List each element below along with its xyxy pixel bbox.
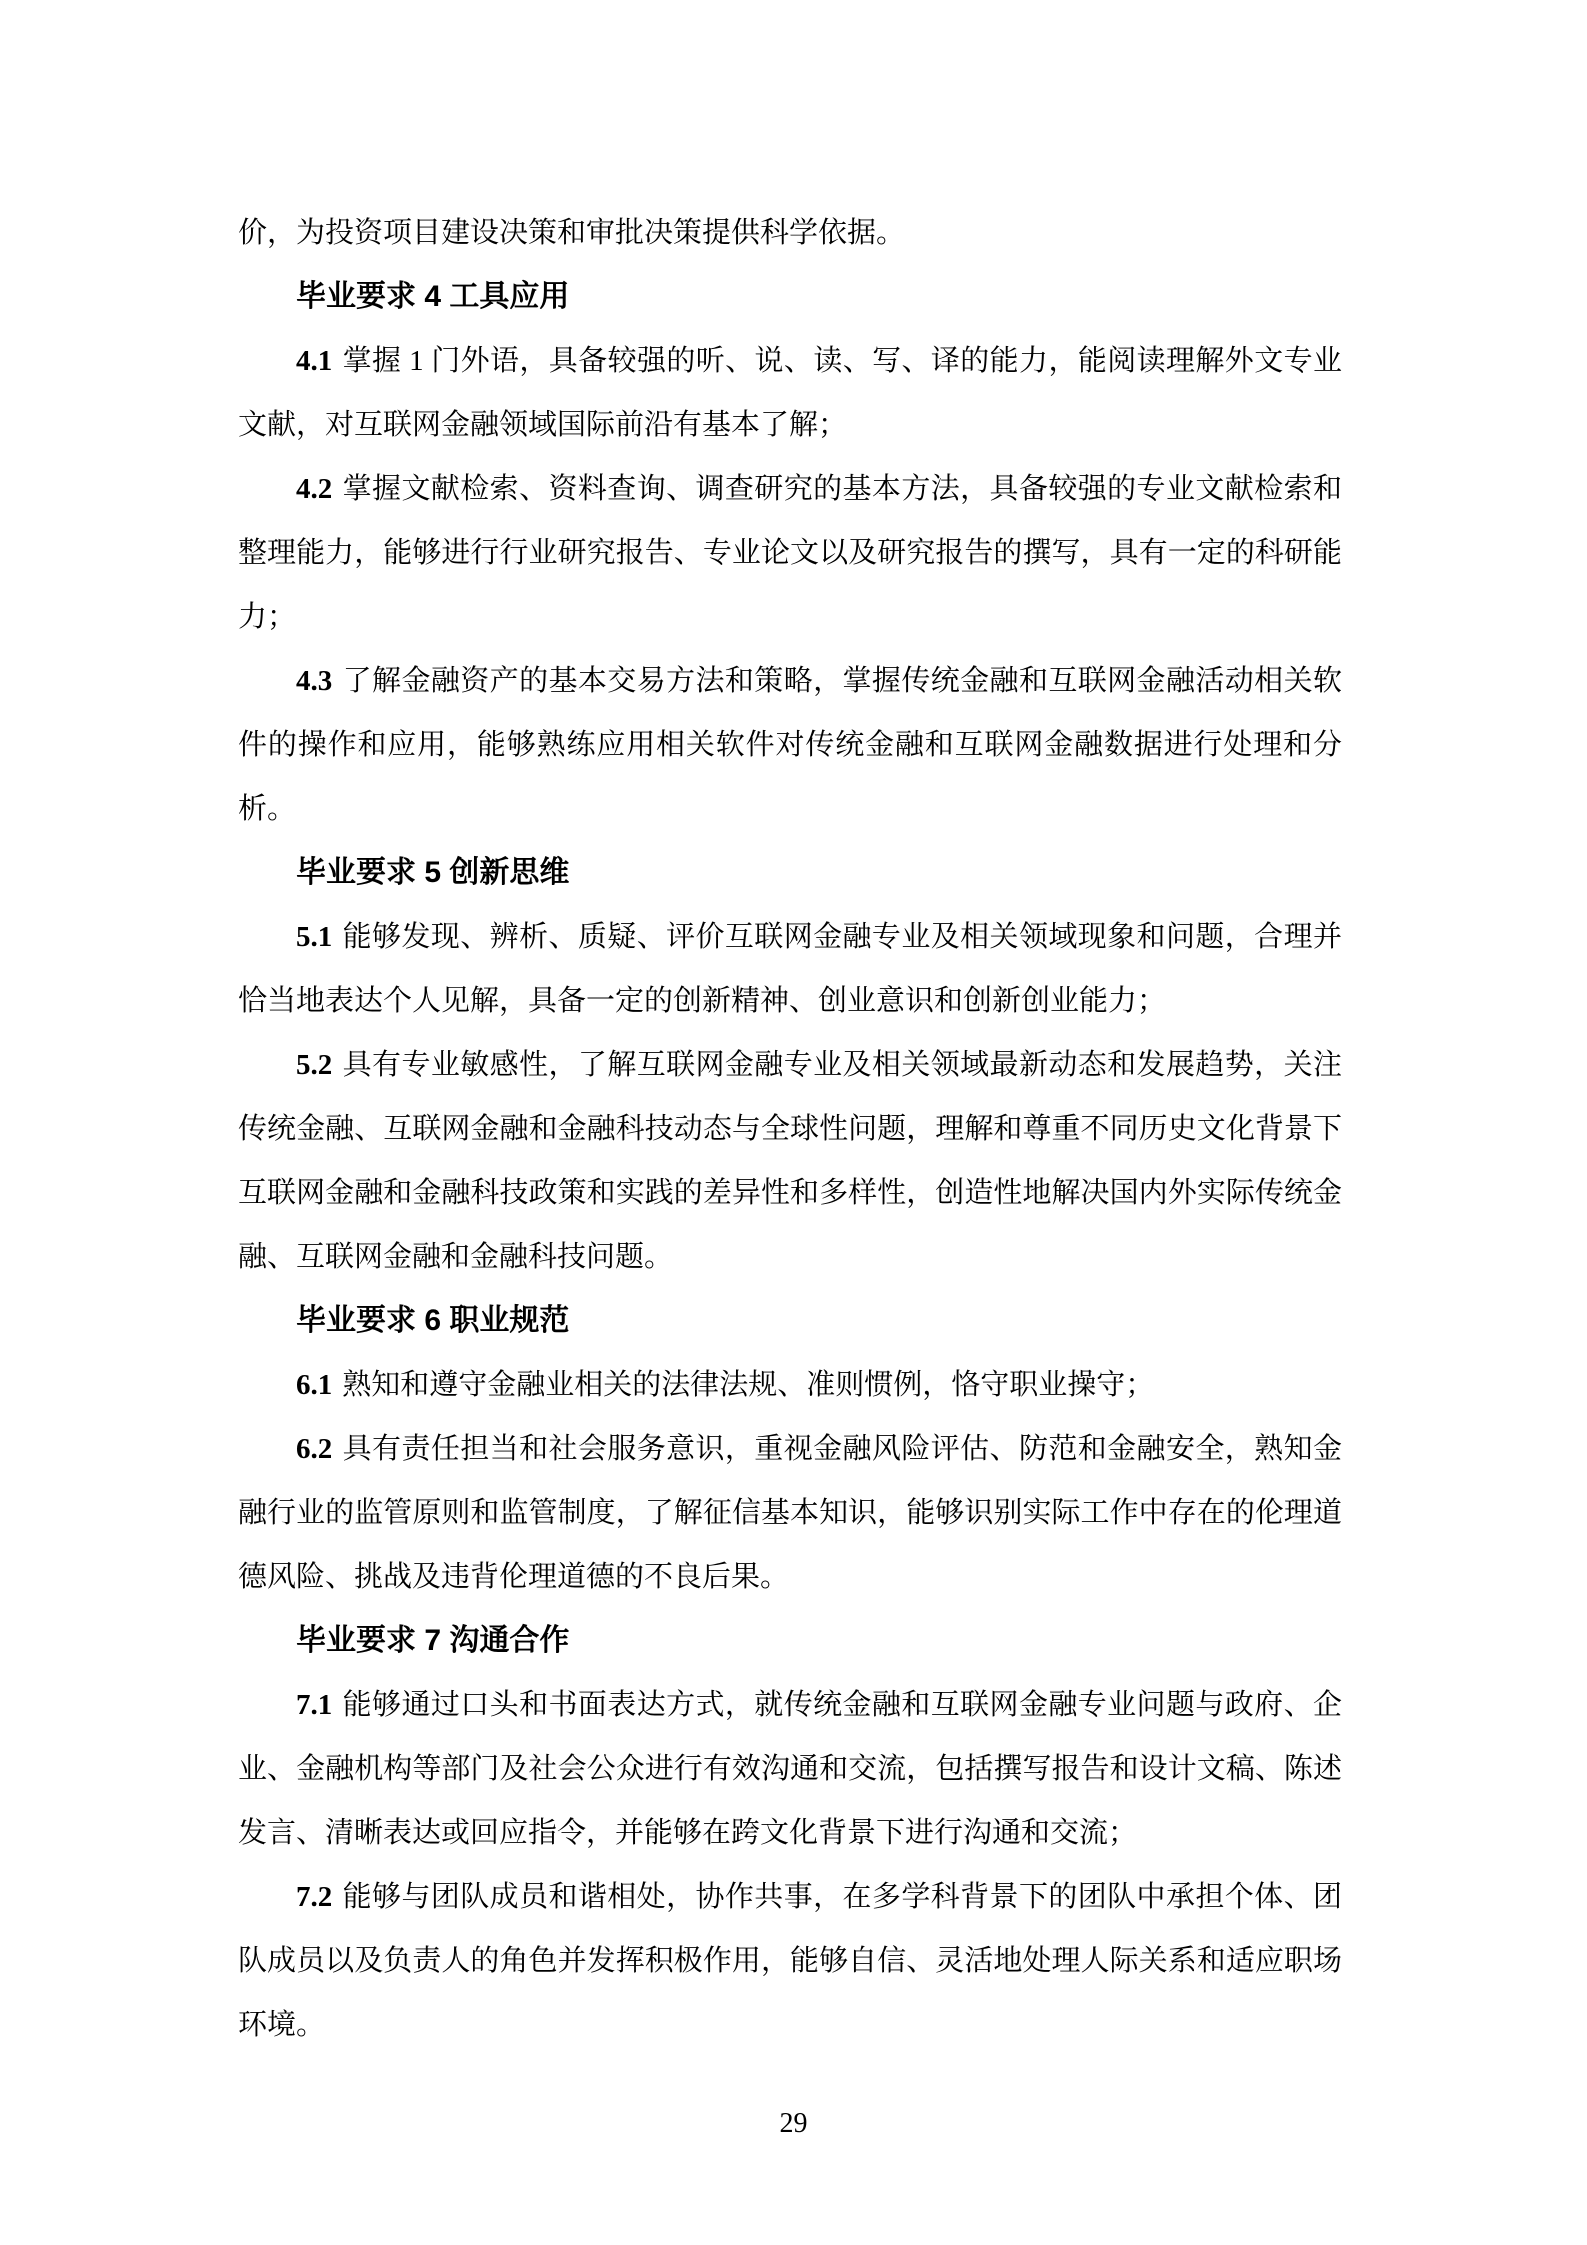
section-heading-4: 毕业要求 4 工具应用 [238,265,1342,329]
section-heading-6: 毕业要求 6 职业规范 [238,1289,1342,1353]
item-number-6-2: 6.2 [296,1433,332,1465]
item-number-4-3: 4.3 [296,665,332,697]
item-number-5-1: 5.1 [296,921,332,953]
item-number-4-2: 4.2 [296,473,332,505]
page-content: 价，为投资项目建设决策和审批决策提供科学依据。 毕业要求 4 工具应用 4.1掌… [238,201,1342,2057]
paragraph-7-2: 7.2能够与团队成员和谐相处，协作共事，在多学科背景下的团队中承担个体、团队成员… [238,1865,1342,2057]
paragraph-5-1: 5.1能够发现、辨析、质疑、评价互联网金融专业及相关领域现象和问题，合理并恰当地… [238,905,1342,1033]
item-number-7-1: 7.1 [296,1689,332,1721]
item-text-4-2: 掌握文献检索、资料查询、调查研究的基本方法，具备较强的专业文献检索和整理能力，能… [238,473,1342,633]
paragraph-5-2: 5.2具有专业敏感性，了解互联网金融专业及相关领域最新动态和发展趋势，关注传统金… [238,1033,1342,1289]
item-text-6-2: 具有责任担当和社会服务意识，重视金融风险评估、防范和金融安全，熟知金融行业的监管… [238,1433,1342,1593]
section-heading-7: 毕业要求 7 沟通合作 [238,1609,1342,1673]
item-text-5-2: 具有专业敏感性，了解互联网金融专业及相关领域最新动态和发展趋势，关注传统金融、互… [238,1049,1342,1273]
item-text-4-1: 掌握 1 门外语，具备较强的听、说、读、写、译的能力，能阅读理解外文专业文献，对… [238,345,1342,441]
paragraph-4-3: 4.3了解金融资产的基本交易方法和策略，掌握传统金融和互联网金融活动相关软件的操… [238,649,1342,841]
section-heading-5: 毕业要求 5 创新思维 [238,841,1342,905]
paragraph-4-2: 4.2掌握文献检索、资料查询、调查研究的基本方法，具备较强的专业文献检索和整理能… [238,457,1342,649]
item-number-4-1: 4.1 [296,345,332,377]
document-page: 价，为投资项目建设决策和审批决策提供科学依据。 毕业要求 4 工具应用 4.1掌… [0,0,1587,2245]
item-text-5-1: 能够发现、辨析、质疑、评价互联网金融专业及相关领域现象和问题，合理并恰当地表达个… [238,921,1342,1017]
paragraph-7-1: 7.1能够通过口头和书面表达方式，就传统金融和互联网金融专业问题与政府、企业、金… [238,1673,1342,1865]
item-text-4-3: 了解金融资产的基本交易方法和策略，掌握传统金融和互联网金融活动相关软件的操作和应… [238,665,1342,825]
item-text-7-1: 能够通过口头和书面表达方式，就传统金融和互联网金融专业问题与政府、企业、金融机构… [238,1689,1342,1849]
paragraph-6-1: 6.1熟知和遵守金融业相关的法律法规、准则惯例，恪守职业操守； [238,1353,1342,1417]
item-number-6-1: 6.1 [296,1369,332,1401]
paragraph-4-1: 4.1掌握 1 门外语，具备较强的听、说、读、写、译的能力，能阅读理解外文专业文… [238,329,1342,457]
paragraph-continuation: 价，为投资项目建设决策和审批决策提供科学依据。 [238,201,1342,265]
page-number: 29 [0,2108,1587,2140]
paragraph-6-2: 6.2具有责任担当和社会服务意识，重视金融风险评估、防范和金融安全，熟知金融行业… [238,1417,1342,1609]
item-number-5-2: 5.2 [296,1049,332,1081]
item-number-7-2: 7.2 [296,1881,332,1913]
item-text-7-2: 能够与团队成员和谐相处，协作共事，在多学科背景下的团队中承担个体、团队成员以及负… [238,1881,1342,2041]
item-text-6-1: 熟知和遵守金融业相关的法律法规、准则惯例，恪守职业操守； [342,1369,1154,1401]
